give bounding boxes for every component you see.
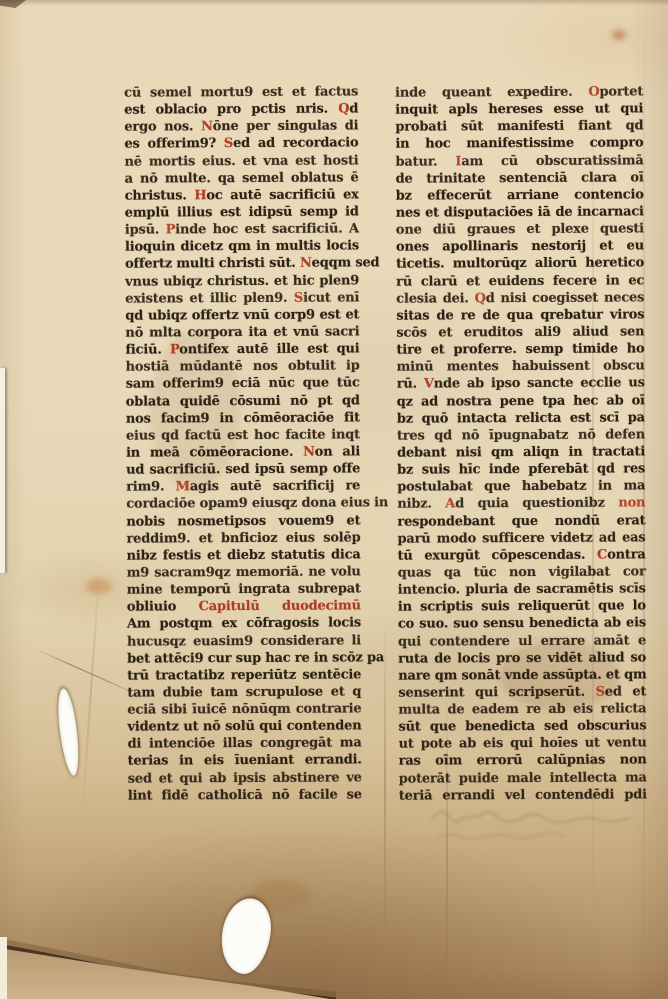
ink-text: ōne per singulas di xyxy=(213,119,359,135)
rubricated-text: Capitulū duodecimū xyxy=(199,599,361,615)
ink-text: clesia dei. xyxy=(396,291,474,306)
rubricated-text: H xyxy=(194,188,206,203)
manuscript-line: in hoc manifestissime compro xyxy=(395,135,643,153)
ink-text: oc autē sacrificiū ex xyxy=(206,187,358,203)
manuscript-line: ones apollinaris nestorij et eu xyxy=(396,238,644,256)
ink-text: d nisi coegisset neces xyxy=(486,290,645,306)
manuscript-line: probati sūt manifesti fiant qd xyxy=(395,118,643,136)
ink-text: obliuio xyxy=(127,599,199,614)
ink-stain xyxy=(86,578,112,594)
manuscript-line: qz ad nostra pene tpa hec ab oī xyxy=(397,392,645,410)
manuscript-line: m9 sacram9qz memoriā. ne volu xyxy=(127,563,361,581)
rubricated-text: N xyxy=(201,119,213,134)
ink-text: on ali xyxy=(315,444,360,459)
text-column-right: inde queant expedire. Oportetinquit apls… xyxy=(395,83,647,804)
ink-text: nde ab ipso sancte ecclie us xyxy=(434,376,645,392)
rubricated-text: S xyxy=(294,290,303,305)
manuscript-line: nos facim9 in cōmēoraciōe fit xyxy=(126,409,360,427)
rubricated-text: S xyxy=(224,136,233,151)
manuscript-line: est oblacio pro pctis nris. Qd xyxy=(124,101,358,119)
ink-text: batur. xyxy=(395,154,455,169)
manuscript-line: reddim9. et bnficioz eius solēp xyxy=(126,529,360,547)
manuscript-line: tū exurgūt cōpescendas. Contra xyxy=(398,546,646,564)
manuscript-line: Am postqm ex cōfragosis locis xyxy=(127,615,361,633)
ink-text: existens et illic plen9. xyxy=(125,290,294,306)
manuscript-line: parū modo sufficere videtz ad eas xyxy=(397,529,645,547)
manuscript-line: nobis nosmetipsos vouem9 et xyxy=(126,512,360,530)
manuscript-line: christus. Hoc autē sacrificiū ex xyxy=(125,186,359,204)
manuscript-line: nes et disputaciōes iā de incarnaci xyxy=(396,203,644,221)
manuscript-line: hucusqz euasim9 considerare li xyxy=(127,632,361,650)
rubricated-text: non xyxy=(618,496,645,511)
manuscript-line: nibz festis et diebz statutis dica xyxy=(127,546,361,564)
text-column-left: cū semel mortu9 est et factusest oblacio… xyxy=(124,83,362,804)
ink-text: es offerim9? xyxy=(124,137,223,153)
manuscript-line: ticetis. multorūqz aliorū heretico xyxy=(396,255,644,273)
manuscript-line: postulabat que habebatz in ma xyxy=(397,478,645,496)
manuscript-line: nare qm sonāt vnde assūpta. et qm xyxy=(398,666,646,684)
manuscript-line: tam dubie tam scrupulose et q xyxy=(127,683,361,701)
manuscript-line: co suo. suo sensu benedicta ab eis xyxy=(398,615,646,633)
manuscript-line: minū mentes habuissent obscu xyxy=(397,358,645,376)
leaf-edge-gap xyxy=(0,368,5,573)
manuscript-line: qui contendere ul errare amāt e xyxy=(398,632,646,650)
rubricated-text: C xyxy=(597,547,607,562)
manuscript-line: cū semel mortu9 est et factus xyxy=(124,83,358,101)
ink-text: nibz. xyxy=(397,497,445,512)
manuscript-line: in scriptis suis reliquerūt que lo xyxy=(398,598,646,616)
ink-text: christus. xyxy=(125,188,195,203)
manuscript-line: bz effecerūt arriane contencio xyxy=(396,186,644,204)
ink-text: ontra xyxy=(607,547,645,562)
rubricated-text: Q xyxy=(338,102,349,117)
manuscript-line: ergo nos. Nōne per singulas di xyxy=(124,118,358,136)
ink-text: portet xyxy=(599,84,643,99)
manuscript-line: debant nisi qm aliqn in tractati xyxy=(397,443,645,461)
ink-text: ipsū. xyxy=(125,223,166,238)
manuscript-line: multa de eadem re ab eis relicta xyxy=(398,700,646,718)
manuscript-line: qd ubiqz offertz vnū corp9 est et xyxy=(125,306,359,324)
ink-text: est oblacio pro pctis nris. xyxy=(124,102,338,118)
ink-text: rū. xyxy=(397,377,424,392)
rubricated-text: V xyxy=(424,377,434,392)
ink-text: ficiū. xyxy=(125,342,170,357)
ink-text: agis autē sacrificij re xyxy=(190,479,360,495)
manuscript-line: cordaciōe opam9 eiusqz dona eius in xyxy=(126,495,360,513)
ink-text: tū exurgūt cōpescendas. xyxy=(398,547,598,563)
manuscript-line: senserint qui scripserūt. Sed et xyxy=(398,683,646,701)
page-top-shadow xyxy=(0,0,668,6)
ink-text: inde hoc est sacrificiū. A xyxy=(175,222,359,238)
manuscript-line: quas qa tūc non vigilabat cor xyxy=(398,563,646,581)
manuscript-line: sam offerim9 eciā nūc que tūc xyxy=(126,375,360,393)
manuscript-line: in meā cōmēoracione. Non ali xyxy=(126,443,360,461)
manuscript-line: sed et qui ab ipsis abstinere ve xyxy=(128,769,362,787)
background-edge xyxy=(0,937,7,999)
rubricated-text: N xyxy=(300,256,312,271)
ink-text: rim9. xyxy=(126,480,175,495)
rubricated-text: O xyxy=(588,85,599,100)
manuscript-line: terias in eis īueniant errandi. xyxy=(128,752,362,770)
manuscript-line: intencio. pluria de sacramētis scīs xyxy=(398,580,646,598)
manuscript-line: oblata quidē cōsumi nō pt qd xyxy=(126,392,360,410)
ink-text: am cū obscuratissimā xyxy=(461,153,643,169)
manuscript-line: clesia dei. Qd nisi coegisset neces xyxy=(396,289,644,307)
ink-text: inde queant expedire. xyxy=(395,85,588,101)
manuscript-line: sūt que benedicta sed obscurius xyxy=(398,718,646,736)
manuscript-line: mine temporū ingrata subrepat xyxy=(127,580,361,598)
manuscript-line: sitas de re de qua qrebatur viros xyxy=(396,306,644,324)
manuscript-line: rū clarū et euidens fecere in ec xyxy=(396,272,644,290)
ink-text: d quia questionibz xyxy=(455,496,618,512)
rubricated-text: A xyxy=(445,497,455,512)
manuscript-line: ras oīm errorū calūpnias non xyxy=(399,752,647,770)
manuscript-photo: cū semel mortu9 est et factusest oblacio… xyxy=(0,0,668,999)
rubricated-text: N xyxy=(303,445,315,460)
manuscript-line: nō mlta corpora ita et vnū sacri xyxy=(125,323,359,341)
ink-text: ontifex autē ille est qui xyxy=(179,341,359,357)
manuscript-line: respondebant que nondū erat xyxy=(397,512,645,530)
manuscript-line: hostiā mūdantē nos obtulit ip xyxy=(126,358,360,376)
manuscript-line: tres qd nō īpugnabatz nō defen xyxy=(397,426,645,444)
manuscript-line: lint fidē catholicā nō facile se xyxy=(128,786,362,804)
manuscript-line: trū tractatibz reperiūtz sentēcie xyxy=(127,666,361,684)
ink-text: ergo nos. xyxy=(124,119,201,134)
rubricated-text: M xyxy=(176,480,190,495)
manuscript-line: de trinitate sentenciā clara oī xyxy=(396,169,644,187)
rust-spot xyxy=(612,30,626,40)
manuscript-line: eciā sibi īuicē nōnūqm contrarie xyxy=(127,700,361,718)
manuscript-line: es offerim9? Sed ad recordacio xyxy=(124,135,358,153)
manuscript-line: ut pote ab eis qui hoīes ut ventu xyxy=(399,735,647,753)
manuscript-line: ipsū. Pinde hoc est sacrificiū. A xyxy=(125,221,359,239)
ink-text: ed ad recordacio xyxy=(233,136,358,152)
manuscript-line: ficiū. Pontifex autē ille est qui xyxy=(125,340,359,358)
manuscript-line: emplū illius est idipsū semp id xyxy=(125,203,359,221)
ink-text: senserint qui scripserūt. xyxy=(398,685,595,701)
manuscript-line: batur. Iam cū obscuratissimā xyxy=(395,152,643,170)
manuscript-line: eius qd factū est hoc facite inqt xyxy=(126,426,360,444)
manuscript-line: obliuio Capitulū duodecimū xyxy=(127,598,361,616)
manuscript-line: scōs et eruditos ali9 aliud sen xyxy=(396,323,644,341)
manuscript-line: inquit apls hereses esse ut qui xyxy=(395,100,643,118)
manuscript-line: ruta de locis pro se vidēt aliud so xyxy=(398,649,646,667)
faint-inscription xyxy=(424,798,644,862)
manuscript-line: videntz ut nō solū qui contenden xyxy=(127,718,361,736)
ink-text: offertz multi christi sūt. xyxy=(125,256,300,272)
manuscript-line: vnus ubiqz christus. et hic plen9 xyxy=(125,272,359,290)
rubricated-text: P xyxy=(166,222,176,237)
ink-text: d xyxy=(349,102,358,117)
manuscript-line: nibz. Ad quia questionibz non xyxy=(397,495,645,513)
manuscript-line: rim9. Magis autē sacrificij re xyxy=(126,478,360,496)
manuscript-line: rū. Vnde ab ipso sancte ecclie us xyxy=(397,375,645,393)
rubricated-text: Q xyxy=(475,291,486,306)
ink-text: ed et xyxy=(605,684,647,699)
manuscript-line: one diū graues et plexe questi xyxy=(396,220,644,238)
manuscript-line: bz quō intacta relicta est scī pa xyxy=(397,409,645,427)
manuscript-line: offertz multi christi sūt. Neqqm sed xyxy=(125,255,359,273)
manuscript-line: ud sacrificiū. sed ipsū semp offe xyxy=(126,460,360,478)
manuscript-line: nē mortis eius. et vna est hosti xyxy=(124,152,358,170)
manuscript-line: lioquin dicetz qm in multis locis xyxy=(125,238,359,256)
ink-text: icut enī xyxy=(303,290,359,305)
manuscript-line: a nō multe. qa semel oblatus ē xyxy=(125,169,359,187)
manuscript-line: tire et proferre. semp timide ho xyxy=(396,340,644,358)
vellum-crease xyxy=(384,620,386,950)
rubricated-text: P xyxy=(170,342,179,357)
manuscript-line: bet attēci9 cur sup hac re in scōz pa xyxy=(127,649,361,667)
manuscript-line: inde queant expedire. Oportet xyxy=(395,83,643,101)
manuscript-line: bz suis hīc inde pferebāt qd res xyxy=(397,460,645,478)
manuscript-line: existens et illic plen9. Sicut enī xyxy=(125,289,359,307)
ink-text: eqqm sed xyxy=(312,256,380,271)
manuscript-line: di intenciōe illas congregāt ma xyxy=(128,735,362,753)
ink-text: in meā cōmēoracione. xyxy=(126,445,303,461)
manuscript-line: poterāt puide male intellecta ma xyxy=(399,769,647,787)
